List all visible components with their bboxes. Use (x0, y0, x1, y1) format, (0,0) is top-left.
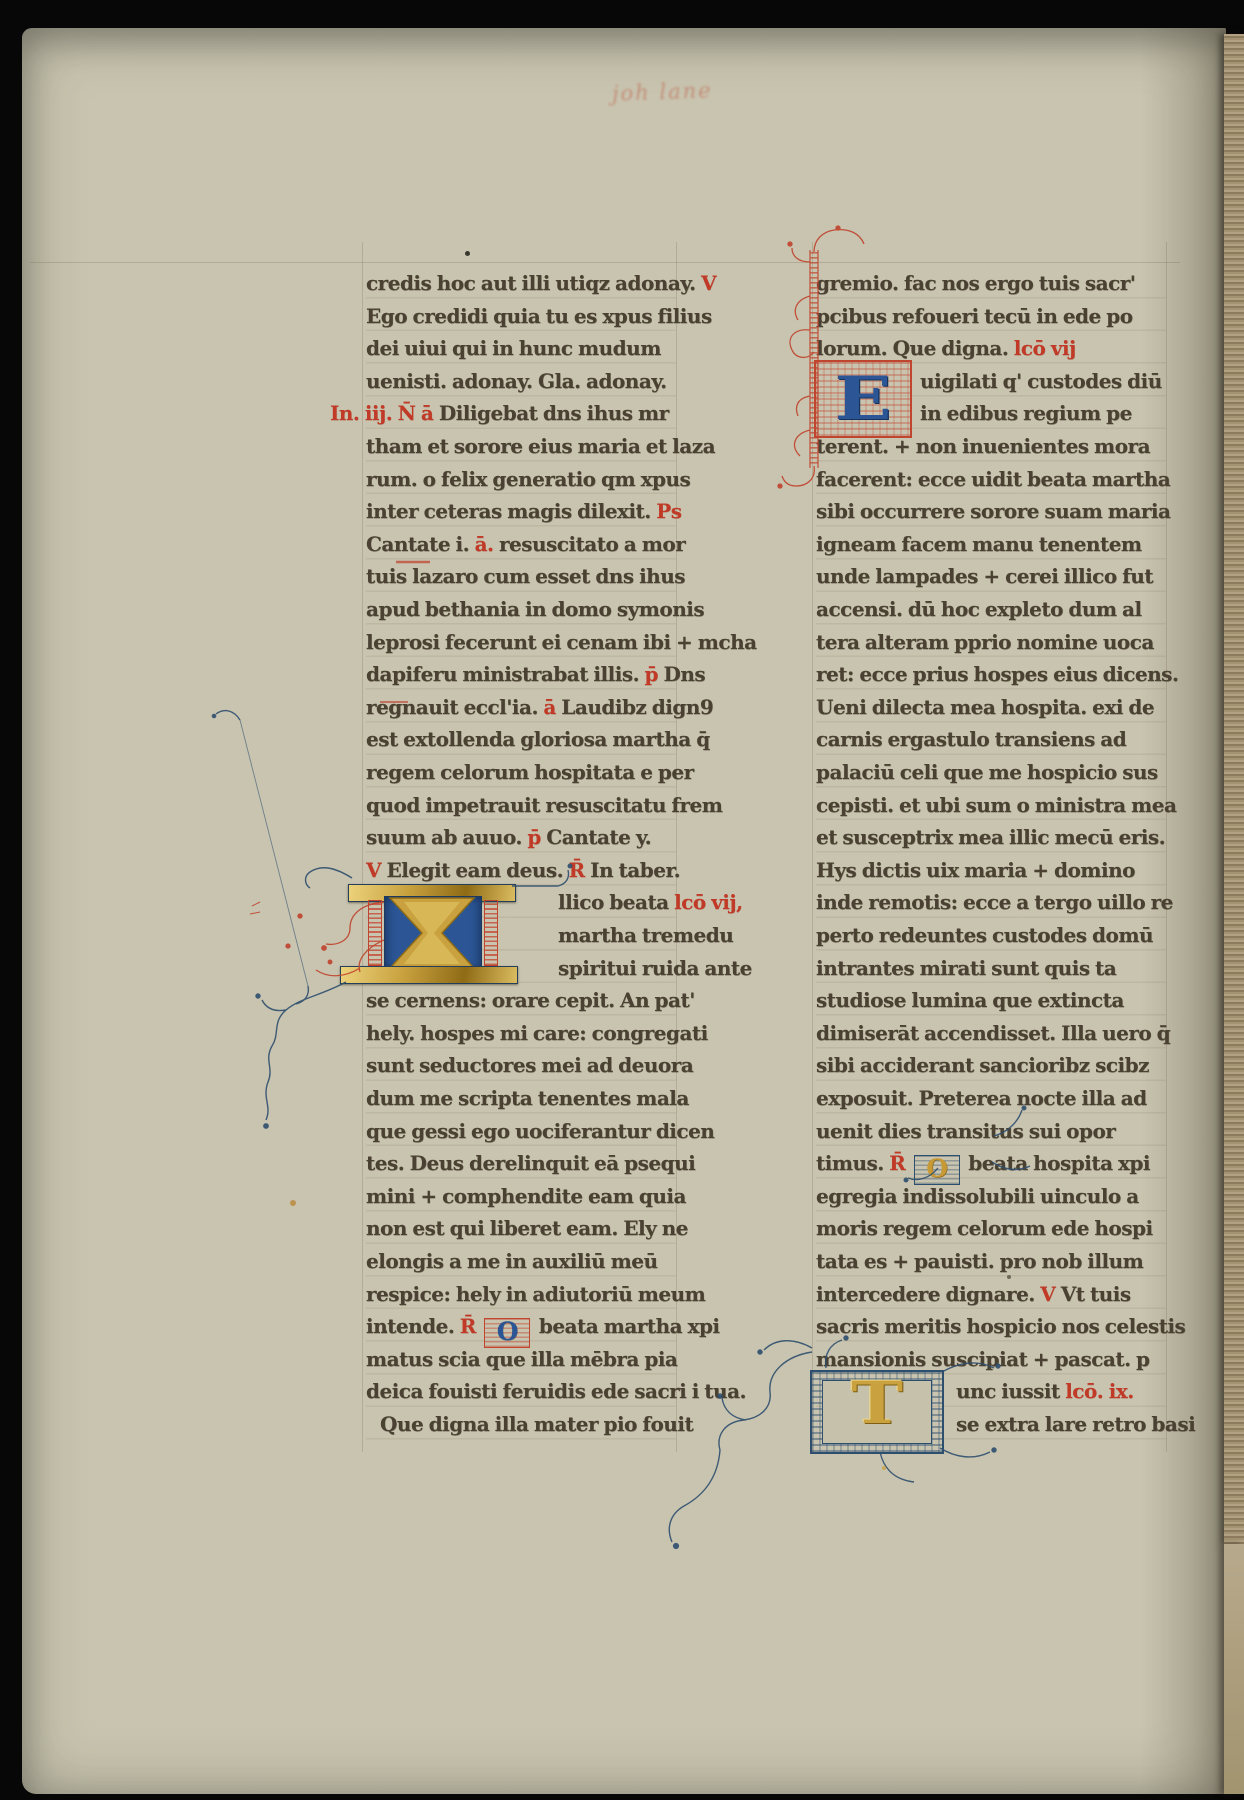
penwork-flourishes (0, 0, 1244, 1800)
manuscript-photo: { "photo": { "faded_inscription": "joh l… (0, 0, 1244, 1800)
